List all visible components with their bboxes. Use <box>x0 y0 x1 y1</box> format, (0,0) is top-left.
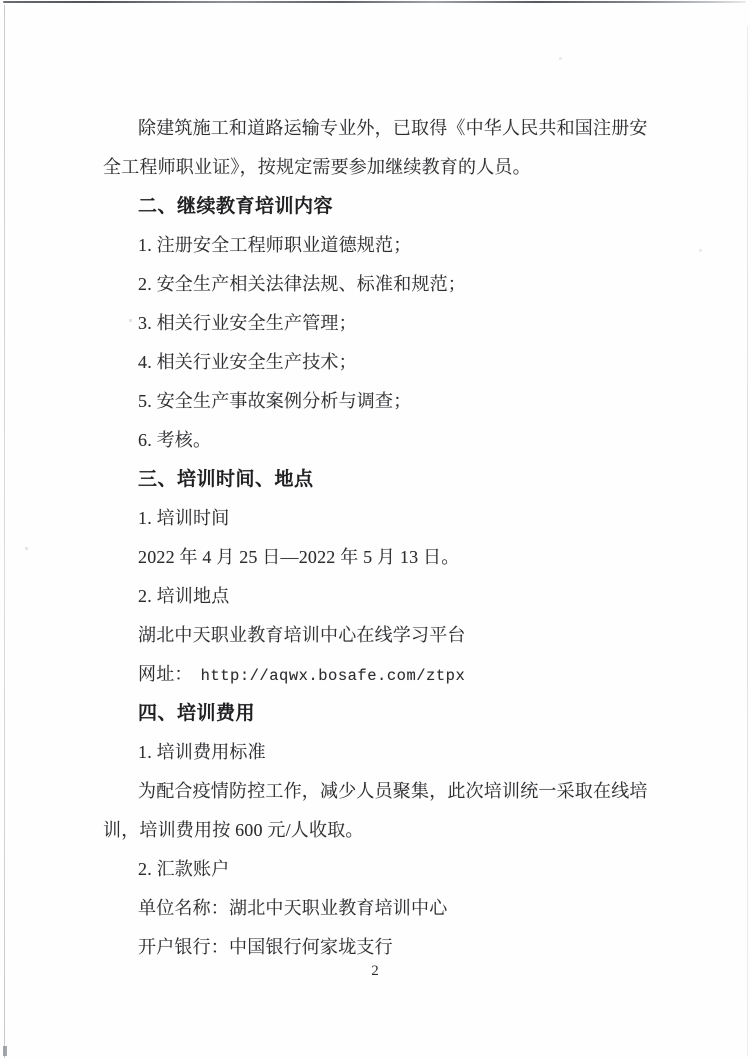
list-item-2: 2. 安全生产相关法律法规、标准和规范； <box>103 265 683 304</box>
list-item-6: 6. 考核。 <box>103 421 683 460</box>
document-body: 除建筑施工和道路运输专业外，已取得《中华人民共和国注册安 全工程师职业证》，按规… <box>103 109 683 967</box>
subheading-fee-standard: 1. 培训费用标准 <box>103 733 683 772</box>
subheading-training-place: 2. 培训地点 <box>103 577 683 616</box>
list-item-3: 3. 相关行业安全生产管理； <box>103 304 683 343</box>
account-unit-name: 单位名称：湖北中天职业教育培训中心 <box>103 889 683 928</box>
website-line: 网址：http://aqwx.bosafe.com/ztpx <box>103 655 683 694</box>
list-item-4: 4. 相关行业安全生产技术； <box>103 343 683 382</box>
section-heading-training-fee: 四、培训费用 <box>103 694 683 733</box>
scan-edge-left <box>4 5 5 1058</box>
paragraph-scope-line-2: 全工程师职业证》，按规定需要参加继续教育的人员。 <box>103 148 683 187</box>
scan-edge-top <box>3 1 746 3</box>
paragraph-fee-line-1: 为配合疫情防控工作，减少人员聚集，此次培训统一采取在线培 <box>103 772 683 811</box>
subheading-remittance-account: 2. 汇款账户 <box>103 850 683 889</box>
page-number: 2 <box>0 963 750 980</box>
url-value: http://aqwx.bosafe.com/ztpx <box>201 667 466 685</box>
list-item-1: 1. 注册安全工程师职业道德规范； <box>103 226 683 265</box>
training-platform-name: 湖北中天职业教育培训中心在线学习平台 <box>103 616 683 655</box>
paragraph-fee-line-2: 训，培训费用按 600 元/人收取。 <box>103 811 683 850</box>
subheading-training-time: 1. 培训时间 <box>103 499 683 538</box>
scanned-document-page: 除建筑施工和道路运输专业外，已取得《中华人民共和国注册安 全工程师职业证》，按规… <box>0 0 750 1060</box>
scan-speckles <box>0 0 1 1</box>
url-label: 网址： <box>138 664 193 684</box>
training-date-range: 2022 年 4 月 25 日—2022 年 5 月 13 日。 <box>103 538 683 577</box>
section-heading-time-place: 三、培训时间、地点 <box>103 460 683 499</box>
paragraph-scope-line-1: 除建筑施工和道路运输专业外，已取得《中华人民共和国注册安 <box>103 109 683 148</box>
section-heading-training-content: 二、继续教育培训内容 <box>103 187 683 226</box>
scan-corner-mark <box>3 1046 7 1056</box>
list-item-5: 5. 安全生产事故案例分析与调查； <box>103 382 683 421</box>
account-bank-name: 开户银行：中国银行何家垅支行 <box>103 928 683 967</box>
scan-edge-right <box>747 26 748 1056</box>
